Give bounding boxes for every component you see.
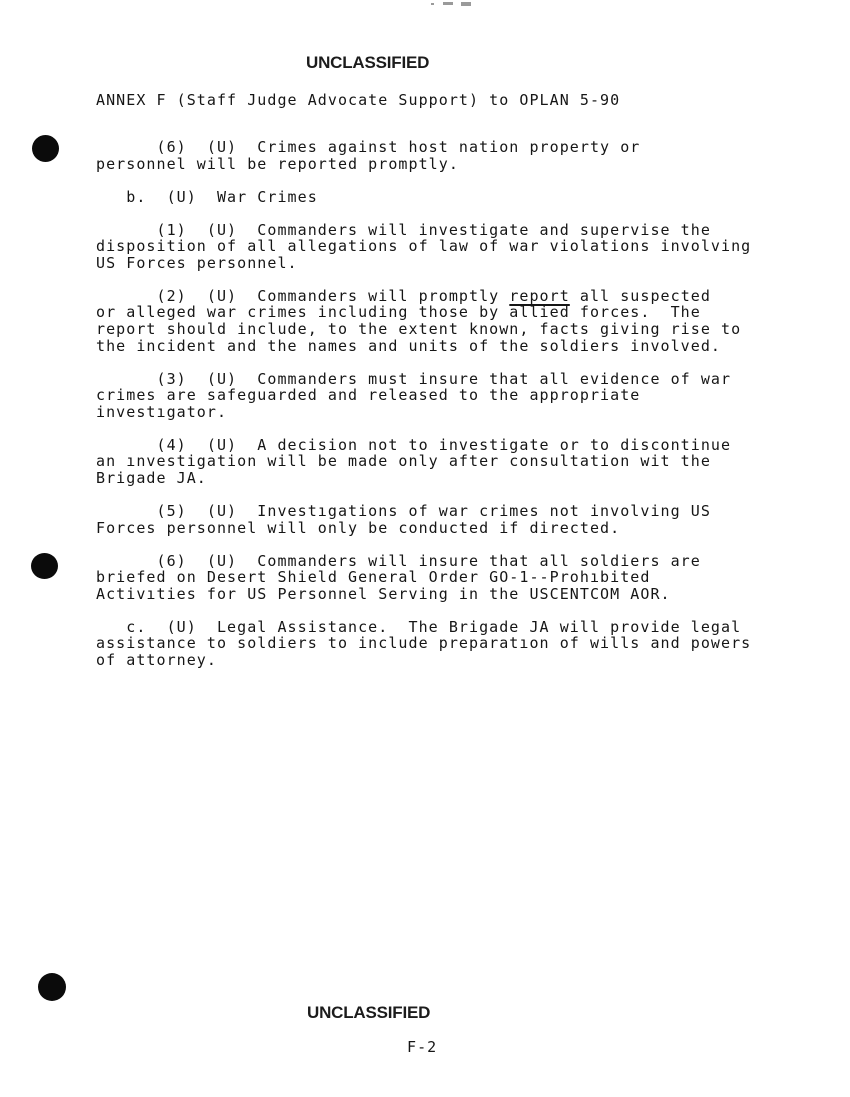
text-line: b. (U) War Crimes bbox=[96, 189, 751, 206]
paragraph: (6) (U) Commanders will insure that all … bbox=[96, 553, 751, 603]
text-line: Forces personnel will only be conducted … bbox=[96, 520, 751, 537]
classification-header: UNCLASSIFIED bbox=[306, 53, 429, 73]
paragraph: (1) (U) Commanders will investigate and … bbox=[96, 222, 751, 272]
paragraph: (5) (U) Investıgations of war crimes not… bbox=[96, 503, 751, 536]
text-line: (1) (U) Commanders will investigate and … bbox=[96, 222, 751, 239]
scan-artifact-mark bbox=[461, 2, 471, 6]
text-line: personnel will be reported promptly. bbox=[96, 156, 751, 173]
text-line: briefed on Desert Shield General Order G… bbox=[96, 569, 751, 586]
scan-artifact-mark bbox=[431, 3, 434, 5]
text-line: (5) (U) Investıgations of war crimes not… bbox=[96, 503, 751, 520]
text-line: or alleged war crimes including those by… bbox=[96, 304, 751, 321]
hole-punch-dot bbox=[38, 973, 66, 1001]
paragraph: c. (U) Legal Assistance. The Brigade JA … bbox=[96, 619, 751, 669]
paragraph: (2) (U) Commanders will promptly report … bbox=[96, 288, 751, 354]
hole-punch-dot bbox=[31, 553, 58, 579]
text-line: an ınvestigation will be made only after… bbox=[96, 453, 751, 470]
text-line: (6) (U) Crimes against host nation prope… bbox=[96, 139, 751, 156]
paragraph: (4) (U) A decision not to investigate or… bbox=[96, 437, 751, 487]
text-segment: all suspected bbox=[570, 287, 711, 305]
text-line: assistance to soldiers to include prepar… bbox=[96, 635, 751, 652]
text-line: disposition of all allegations of law of… bbox=[96, 238, 751, 255]
text-line: US Forces personnel. bbox=[96, 255, 751, 272]
document-page: UNCLASSIFIED ANNEX F (Staff Judge Advoca… bbox=[0, 0, 850, 1097]
underlined-text: report bbox=[509, 287, 570, 305]
text-line: the incident and the names and units of … bbox=[96, 338, 751, 355]
hole-punch-dot bbox=[32, 135, 59, 162]
classification-footer: UNCLASSIFIED bbox=[307, 1003, 430, 1023]
annex-title: ANNEX F (Staff Judge Advocate Support) t… bbox=[96, 91, 620, 109]
text-line: investıgator. bbox=[96, 404, 751, 421]
scan-artifact-mark bbox=[443, 2, 453, 5]
text-line: report should include, to the extent kno… bbox=[96, 321, 751, 338]
paragraph: b. (U) War Crimes bbox=[96, 189, 751, 206]
text-line: (3) (U) Commanders must insure that all … bbox=[96, 371, 751, 388]
paragraph: (6) (U) Crimes against host nation prope… bbox=[96, 139, 751, 172]
document-body: (6) (U) Crimes against host nation prope… bbox=[96, 139, 751, 669]
text-line: Activıties for US Personnel Serving in t… bbox=[96, 586, 751, 603]
text-line: (2) (U) Commanders will promptly report … bbox=[96, 288, 751, 305]
page-number: F-2 bbox=[407, 1038, 437, 1056]
text-line: (6) (U) Commanders will insure that all … bbox=[96, 553, 751, 570]
text-line: c. (U) Legal Assistance. The Brigade JA … bbox=[96, 619, 751, 636]
text-line: Brigade JA. bbox=[96, 470, 751, 487]
text-segment: (2) (U) Commanders will promptly bbox=[96, 287, 509, 305]
text-line: crimes are safeguarded and released to t… bbox=[96, 387, 751, 404]
text-line: of attorney. bbox=[96, 652, 751, 669]
paragraph: (3) (U) Commanders must insure that all … bbox=[96, 371, 751, 421]
text-line: (4) (U) A decision not to investigate or… bbox=[96, 437, 751, 454]
